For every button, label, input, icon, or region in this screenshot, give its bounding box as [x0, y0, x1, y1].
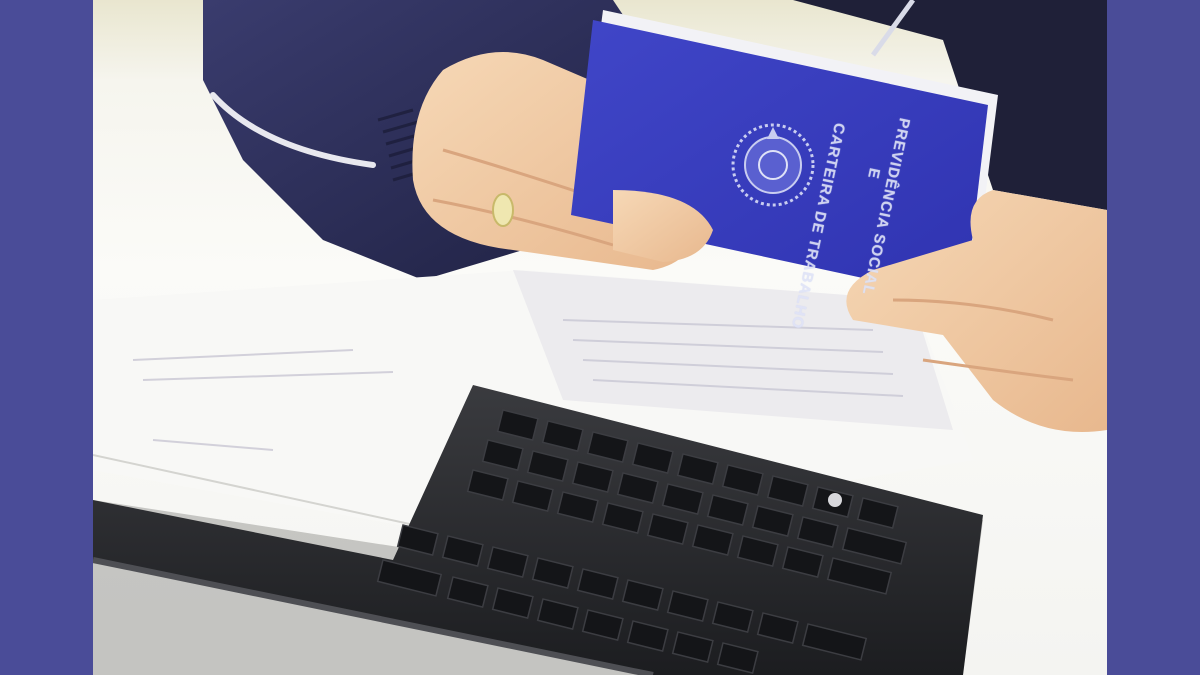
keyboard-logo-icon: [828, 493, 842, 507]
frame-right-bar: [1107, 0, 1200, 675]
frame-left-bar: [0, 0, 93, 675]
ring: [493, 194, 513, 226]
photo-illustration: [93, 0, 1107, 675]
photo: CARTEIRA DE TRABALHO E PREVIDÊNCIA SOCIA…: [93, 0, 1107, 675]
